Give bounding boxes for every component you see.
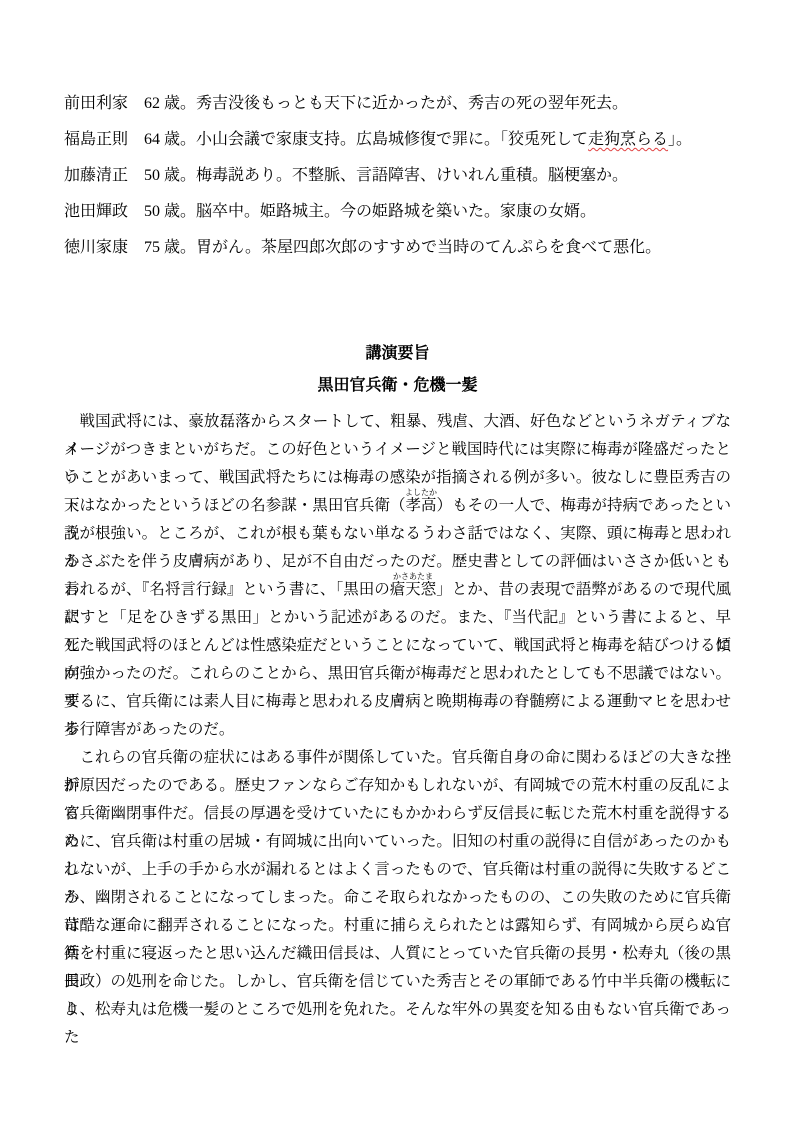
text-line: 戦国武将には、豪放磊落からスタートして、粗暴、残虐、大酒、好色などというネガティ… — [64, 408, 731, 436]
furigana: かさあたま — [393, 573, 433, 581]
page-content: 前田利家 62 歳。秀吉没後もっとも天下に近かったが、秀吉の死の翌年死去。福島正… — [64, 0, 731, 1024]
ruby-annotated-word: よしたか孝高 — [406, 497, 437, 514]
text-line: か、幽閉されることになってしまった。命こそ取られなかったものの、この失敗のために… — [64, 884, 731, 912]
lecture-subtitle: 黒田官兵衛・危機一髪 — [64, 370, 731, 402]
document-page: 前田利家 62 歳。秀吉没後もっとも天下に近かったが、秀吉の死の翌年死去。福島正… — [0, 0, 794, 1123]
text-line: うことがあいまって、戦国武将たちには梅毒の感染が指摘される例が多い。彼なしに豊臣… — [64, 464, 731, 492]
text-run: 徳川家康 75 歳。胃がん。茶屋四郎次郎のすすめで当時のてんぷらを食べて悪化。 — [64, 239, 661, 256]
text-line: 前田利家 62 歳。秀吉没後もっとも天下に近かったが、秀吉の死の翌年死去。 — [64, 86, 731, 122]
text-line: 福島正則 64 歳。小山会議で家康支持。広島城修復で罪に。「狡兎死して走狗烹らる… — [64, 122, 731, 158]
text-line: 官兵衛幽閉事件だ。信長の厚遇を受けていたにもかかわらず反信長に転じた荒木村重を説… — [64, 800, 731, 828]
furigana: よしたか — [405, 489, 437, 497]
text-line: 訳すと「足をひきずる黒田」とかいう記述があるのだ。また、『当代記』という書による… — [64, 604, 731, 632]
text-line: 苛酷な運命に翻弄されることになった。村重に捕らえられたとは露知らず、有岡城から戻… — [64, 912, 731, 940]
text-line: われるが、『名将言行録』という書に、「黒田のかさあたま瘡天窓」とか、昔の表現で語… — [64, 576, 731, 604]
text-run: 池田輝政 50 歳。脳卒中。姫路城主。今の姫路城を築いた。家康の女婿。 — [64, 203, 596, 220]
spellcheck-underlined-word: 走狗烹らる — [588, 131, 668, 148]
text-line: した戦国武将のほとんどは性感染症だということになっていて、戦国武将と梅毒を結びつ… — [64, 632, 731, 660]
warlord-death-summary-list: 前田利家 62 歳。秀吉没後もっとも天下に近かったが、秀吉の死の翌年死去。福島正… — [64, 0, 731, 266]
text-run: 加藤清正 50 歳。梅毒説あり。不整脈、言語障害、けいれん重積。脳梗塞か。 — [64, 167, 628, 184]
paragraph: 戦国武将には、豪放磊落からスタートして、粗暴、残虐、大酒、好色などというネガティ… — [64, 408, 731, 744]
text-run: 前田利家 62 歳。秀吉没後もっとも天下に近かったが、秀吉の死の翌年死去。 — [64, 95, 628, 112]
text-line: めに、官兵衛は村重の居城・有岡城に出向いていった。旧知の村重の説得に自信があった… — [64, 828, 731, 856]
paragraph: これらの官兵衛の症状にはある事件が関係していた。官兵衛自身の命に関わるほどの大き… — [64, 744, 731, 1024]
text-run: われるが、『名将言行録』という書に、「黒田の — [64, 581, 390, 598]
text-line: 歩行障害があったのだ。 — [64, 716, 731, 744]
text-run: り、松寿丸は危機一髪のところで処刑を免れた。そんな牢外の異変を知る由もない官兵衛… — [64, 1001, 731, 1046]
text-line: り、松寿丸は危機一髪のところで処刑を免れた。そんな牢外の異変を知る由もない官兵衛… — [64, 996, 731, 1024]
text-line: メージがつきまといがちだ。この好色というイメージと戦国時代には実際に梅毒が隆盛だ… — [64, 436, 731, 464]
ruby-annotated-word: かさあたま瘡天窓 — [390, 581, 437, 598]
lecture-abstract-title: 講演要旨 — [64, 338, 731, 370]
lecture-headings: 講演要旨 黒田官兵衛・危機一髪 — [64, 338, 731, 402]
text-line: 徳川家康 75 歳。胃がん。茶屋四郎次郎のすすめで当時のてんぷらを食べて悪化。 — [64, 230, 731, 266]
text-line: するに、官兵衛には素人目に梅毒と思われる皮膚病と晩期梅毒の脊髄癆による運動マヒを… — [64, 688, 731, 716]
text-line: 加藤清正 50 歳。梅毒説あり。不整脈、言語障害、けいれん重積。脳梗塞か。 — [64, 158, 731, 194]
text-run: 福島正則 64 歳。小山会議で家康支持。広島城修復で罪に。「狡兎死して — [64, 131, 588, 148]
text-line: これらの官兵衛の症状にはある事件が関係していた。官兵衛自身の命に関わるほどの大き… — [64, 744, 731, 772]
text-line: が原因だったのである。歴史ファンならご存知かもしれないが、有岡城での荒木村重の反… — [64, 772, 731, 800]
text-line: 説が根強い。ところが、これが根も葉もない単なるうわさ話ではなく、実際、頭に梅毒と… — [64, 520, 731, 548]
text-line: 池田輝政 50 歳。脳卒中。姫路城主。今の姫路城を築いた。家康の女婿。 — [64, 194, 731, 230]
lecture-body: 戦国武将には、豪放磊落からスタートして、粗暴、残虐、大酒、好色などというネガティ… — [64, 408, 731, 1024]
text-run: 歩行障害があったのだ。 — [64, 721, 234, 738]
text-line: 下はなかったというほどの名参謀・黒田官兵衛（よしたか孝高）もその一人で、梅毒が持… — [64, 492, 731, 520]
text-line: 長政）の処刑を命じた。しかし、官兵衛を信じていた秀吉とその軍師である竹中半兵衛の… — [64, 968, 731, 996]
text-line: が強かったのだ。これらのことから、黒田官兵衛が梅毒だと思われたとしても不思議では… — [64, 660, 731, 688]
text-line: 衛を村重に寝返ったと思い込んだ織田信長は、人質にとっていた官兵衛の長男・松寿丸（… — [64, 940, 731, 968]
text-line: れないが、上手の手から水が漏れるとはよく言ったもので、官兵衛は村重の説得に失敗す… — [64, 856, 731, 884]
text-run: 」。 — [668, 131, 692, 148]
text-run: 下はなかったというほどの名参謀・黒田官兵衛（ — [64, 497, 406, 514]
